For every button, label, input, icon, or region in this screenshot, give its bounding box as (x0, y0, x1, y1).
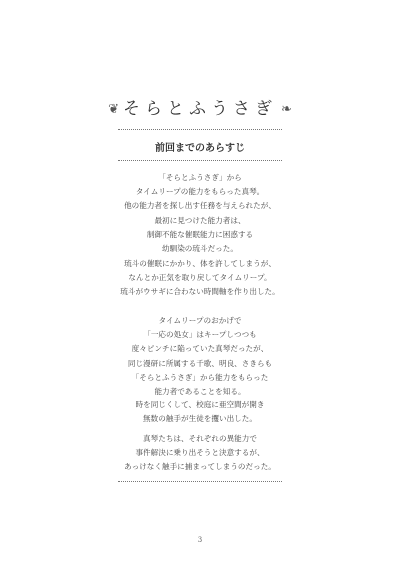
dotted-divider-top (118, 129, 282, 130)
page-number: 3 (0, 536, 400, 544)
dotted-divider-under-title (118, 160, 282, 161)
text-line: 琉斗の催眠にかかり、体を許してしまうが、 (0, 257, 400, 271)
title-text: そらとふうさぎ (123, 99, 277, 119)
text-line: 度々ピンチに陥っていた真琴だったが、 (0, 342, 400, 356)
section-title: 前回までのあらすじ (0, 139, 400, 154)
text-line: 「そらとふうさぎ」から (0, 171, 400, 185)
page-title: ❦そらとふうさぎ❧ (0, 94, 400, 119)
text-line: 時を同じくして、校庭に亜空間が開き (0, 398, 400, 412)
dotted-divider-bottom (118, 481, 282, 482)
text-line: タイムリープのおかげで (0, 314, 400, 328)
text-line: あっけなく触手に捕まってしまうのだった。 (0, 460, 400, 474)
text-line: 最初に見つけた能力者は、 (0, 214, 400, 228)
text-line: 幼馴染の琉斗だった。 (0, 242, 400, 256)
leaf-ornament-right-icon: ❧ (281, 102, 292, 117)
synopsis-paragraph-5: 真琴たちは、それぞれの異能力で 事件解決に乗り出そうと決意するが、 あっけなく触… (0, 432, 400, 475)
text-line: なんとか正気を取り戻してタイムリープ。 (0, 271, 400, 285)
text-line: 制御不能な催眠能力に困惑する (0, 228, 400, 242)
text-line: 他の能力者を探し出す任務を与えられたが、 (0, 199, 400, 213)
synopsis-paragraph-2: 琉斗の催眠にかかり、体を許してしまうが、 なんとか正気を取り戻してタイムリープ。… (0, 257, 400, 300)
synopsis-paragraph-3: タイムリープのおかげで 「一応の処女」はキープしつつも 度々ピンチに陥っていた真… (0, 314, 400, 399)
text-line: 「一応の処女」はキープしつつも (0, 328, 400, 342)
text-line: 琉斗がウサギに合わない時間軸を作り出した。 (0, 285, 400, 299)
text-line: 事件解決に乗り出そうと決意するが、 (0, 446, 400, 460)
text-line: 「そらとふうさぎ」から能力をもらった (0, 371, 400, 385)
text-line: 無数の触手が生徒を攫い出した。 (0, 412, 400, 426)
text-line: 同じ漫研に所属する千歌、明良、さきらも (0, 357, 400, 371)
synopsis-paragraph-1: 「そらとふうさぎ」から タイムリープの能力をもらった真琴。 他の能力者を探し出す… (0, 171, 400, 256)
synopsis-paragraph-4: 時を同じくして、校庭に亜空間が開き 無数の触手が生徒を攫い出した。 (0, 398, 400, 426)
leaf-ornament-left-icon: ❦ (108, 102, 119, 117)
text-line: タイムリープの能力をもらった真琴。 (0, 185, 400, 199)
text-line: 真琴たちは、それぞれの異能力で (0, 432, 400, 446)
